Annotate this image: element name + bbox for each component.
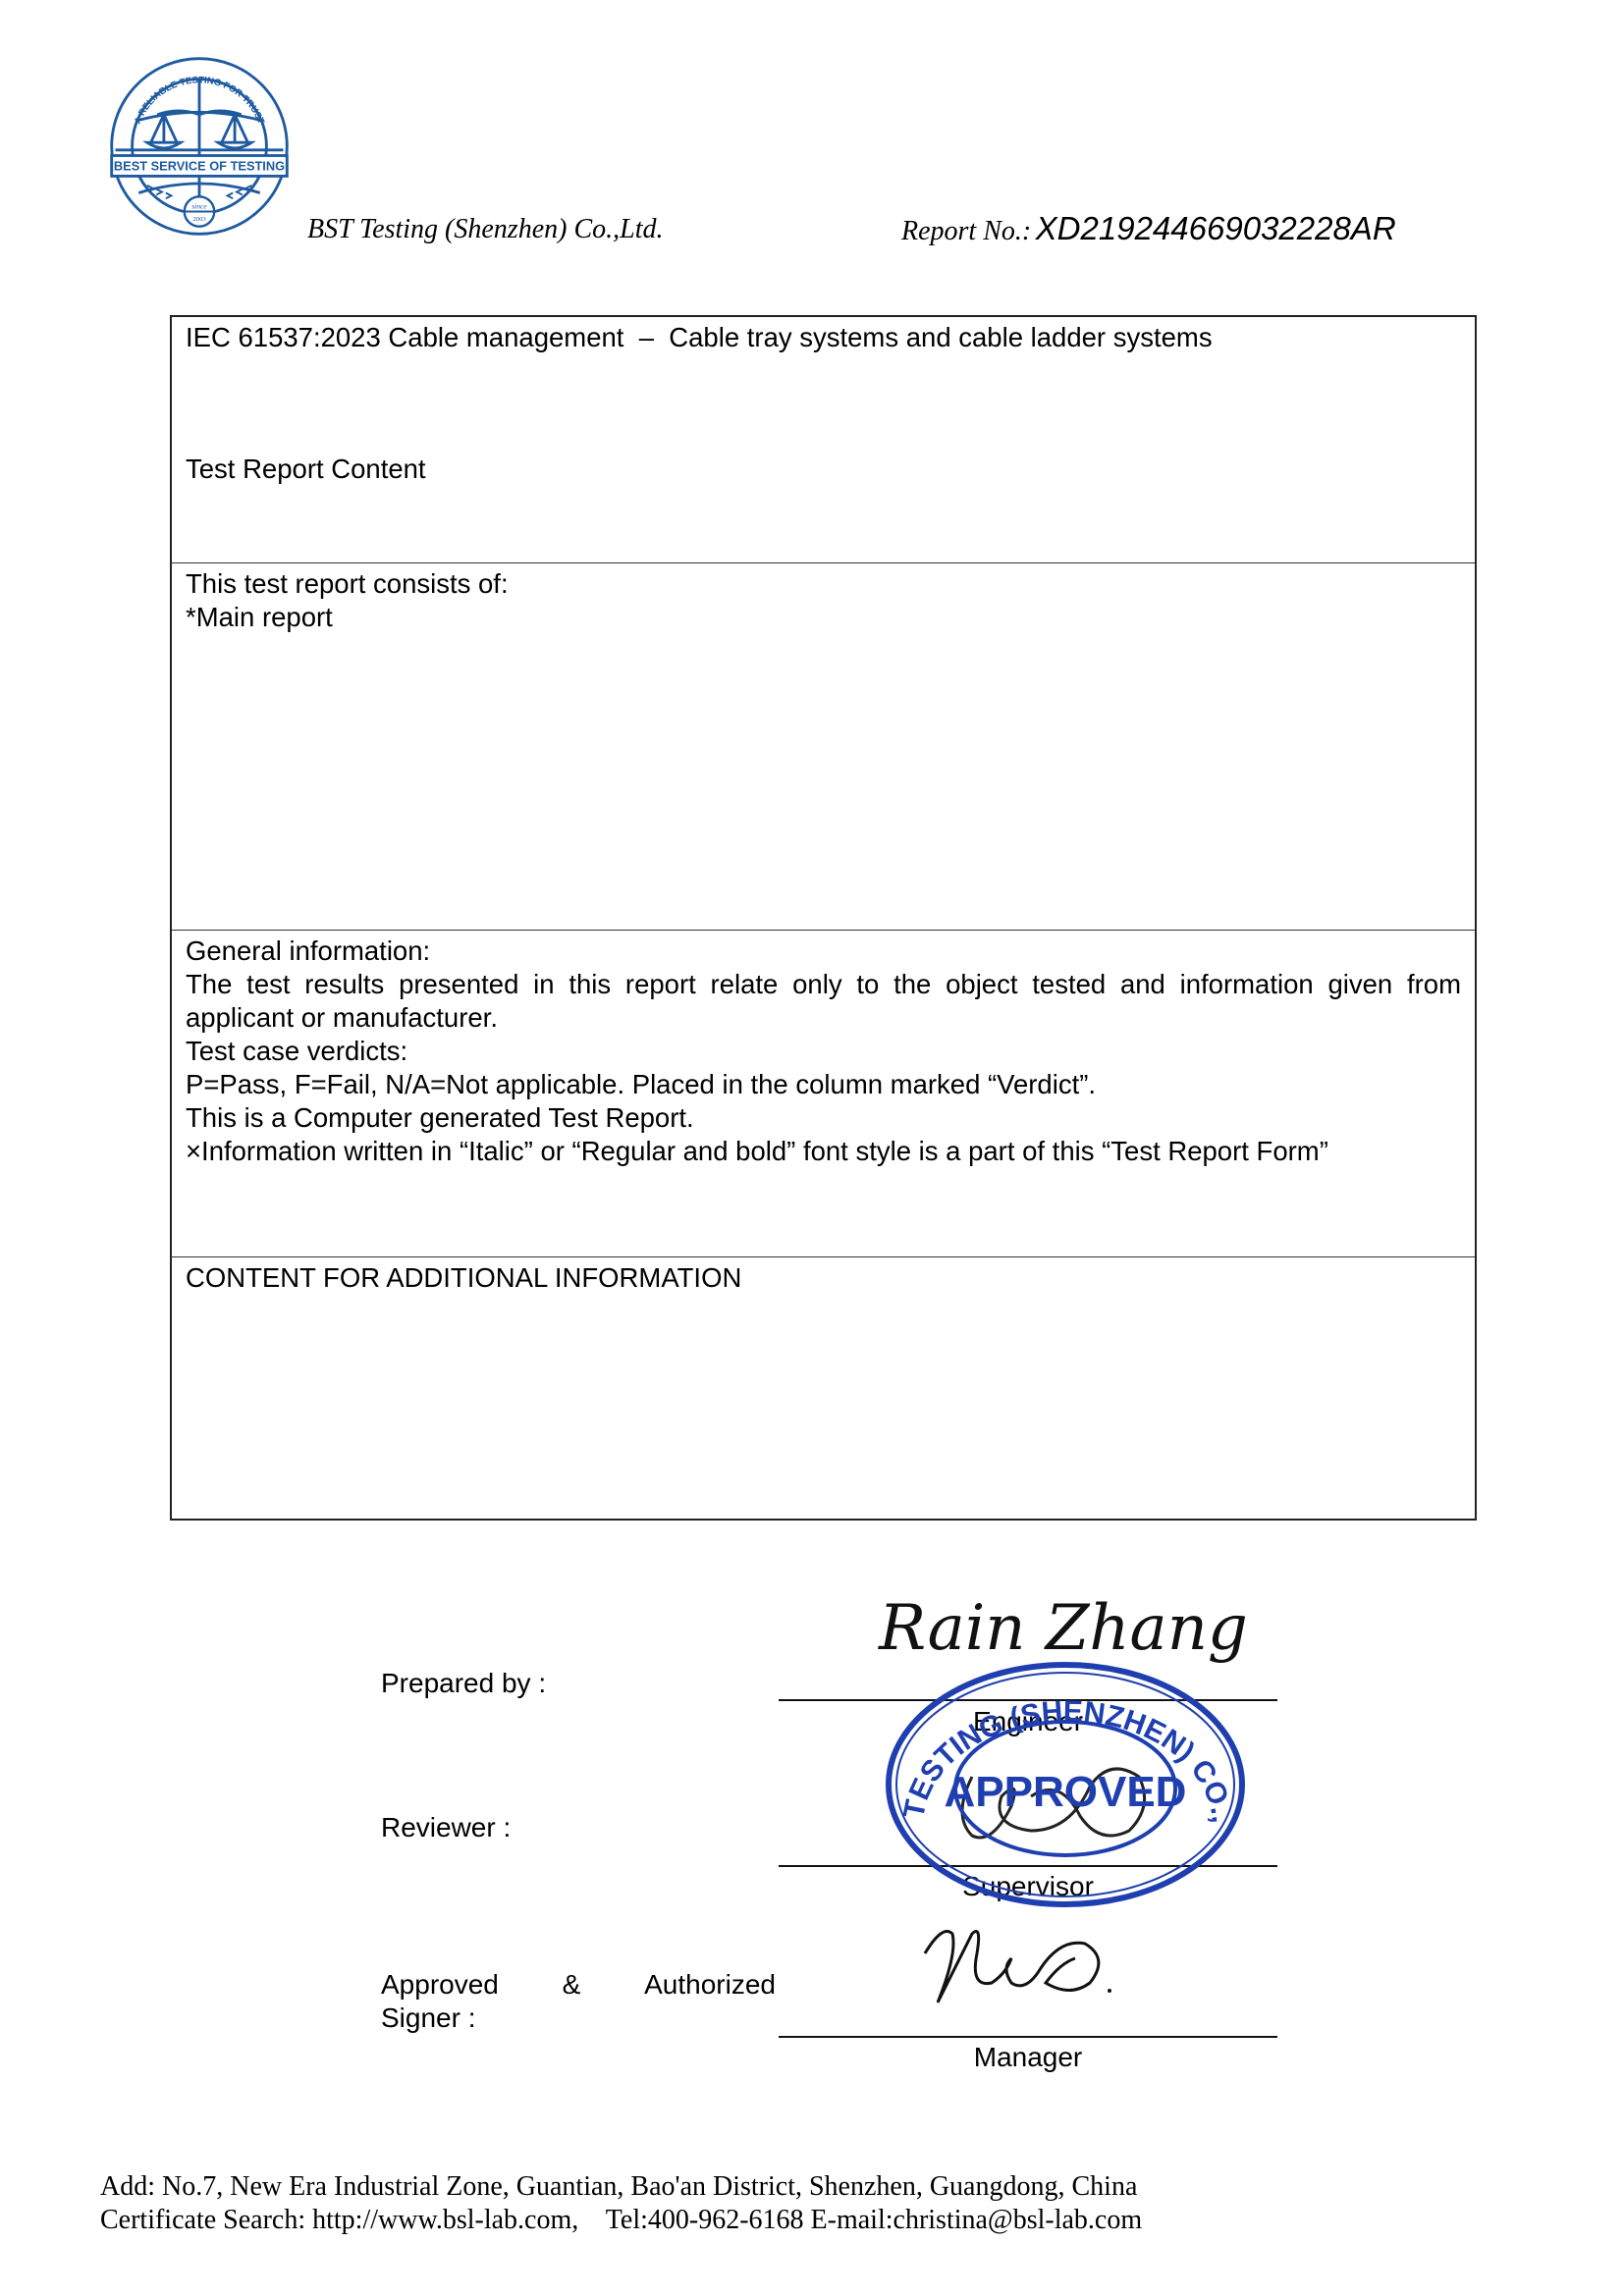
- svg-text:BEST SERVICE OF TESTING: BEST SERVICE OF TESTING: [114, 159, 285, 174]
- footer-address: Add: No.7, New Era Industrial Zone, Guan…: [100, 2171, 1137, 2203]
- signer-word: Signer :: [381, 2002, 776, 2035]
- authorized-word: Authorized: [644, 1968, 776, 2002]
- company-logo-icon: BEST SERVICE OF TESTING A RELIABLE TESTI…: [106, 53, 293, 240]
- standard-row: IEC 61537:2023 Cable management – Cable …: [172, 317, 1475, 563]
- test-report-content-heading: Test Report Content: [186, 453, 426, 486]
- report-number-label: Report No.:: [901, 216, 1031, 246]
- reviewer-label: Reviewer :: [381, 1811, 511, 1844]
- consists-of-heading: This test report consists of:: [186, 567, 1461, 601]
- manager-signature-icon: [913, 1914, 1168, 2012]
- consists-item: *Main report: [186, 601, 1461, 634]
- prepared-by-label: Prepared by :: [381, 1667, 546, 1700]
- manager-role: Manager: [974, 2042, 1083, 2073]
- svg-text:2003: 2003: [192, 216, 206, 223]
- prepared-signature: Rain Zhang: [879, 1592, 1248, 1665]
- approved-authorized-signer-label: Approved & Authorized Signer :: [381, 1968, 776, 2035]
- company-name: BST Testing (Shenzhen) Co.,Ltd.: [307, 214, 663, 245]
- consists-of-row: This test report consists of: *Main repo…: [172, 563, 1475, 931]
- general-information-row: General information: The test results pr…: [172, 931, 1475, 1257]
- svg-text:APPROVED: APPROVED: [945, 1768, 1187, 1816]
- additional-info-heading: CONTENT FOR ADDITIONAL INFORMATION: [186, 1261, 1461, 1295]
- standard-title: IEC 61537:2023 Cable management – Cable …: [186, 321, 1461, 354]
- approved-word: Approved: [381, 1968, 499, 2002]
- general-info-heading: General information:: [186, 934, 1461, 968]
- report-number: Report No.: XD219244669032228AR: [901, 210, 1396, 247]
- report-number-value: XD219244669032228AR: [1036, 210, 1396, 246]
- additional-information-row: CONTENT FOR ADDITIONAL INFORMATION: [172, 1257, 1475, 1521]
- verdicts-heading: Test case verdicts:: [186, 1035, 1461, 1068]
- verdicts-legend: P=Pass, F=Fail, N/A=Not applicable. Plac…: [186, 1068, 1461, 1101]
- manager-signature-line: [779, 2036, 1277, 2038]
- approved-stamp-icon: BST TESTING (SHENZHEN) CO.,LTD. APPROVED: [884, 1659, 1247, 1909]
- font-style-note: ×Information written in “Italic” or “Reg…: [186, 1135, 1461, 1168]
- footer-contact: Certificate Search: http://www.bsl-lab.c…: [100, 2205, 1142, 2236]
- results-note: The test results presented in this repor…: [186, 968, 1461, 1035]
- report-content-table: IEC 61537:2023 Cable management – Cable …: [170, 315, 1477, 1521]
- computer-generated-note: This is a Computer generated Test Report…: [186, 1101, 1461, 1135]
- ampersand: &: [563, 1968, 581, 2002]
- svg-text:since: since: [191, 202, 207, 211]
